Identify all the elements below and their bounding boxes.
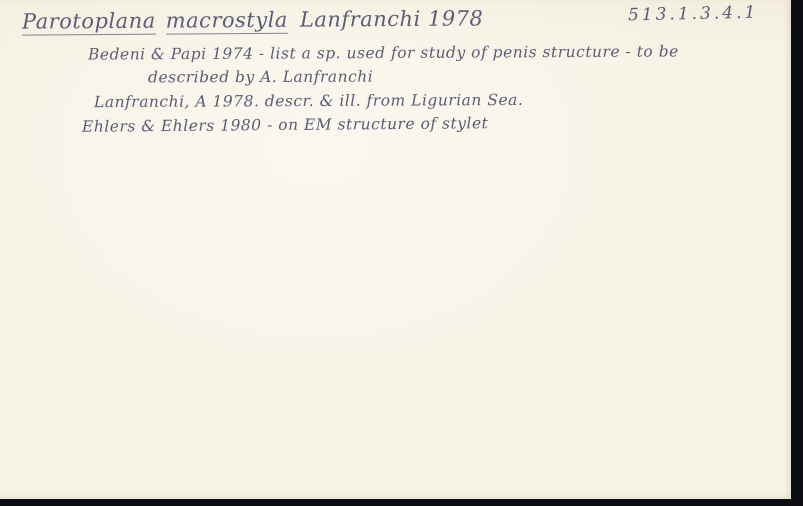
card-title: ParotoplanamacrostylaLanfranchi 1978 — [22, 6, 484, 35]
reference-entry-line: Bedeni & Papi 1974 - list a sp. used for… — [88, 42, 679, 63]
index-card: ParotoplanamacrostylaLanfranchi 1978 513… — [0, 0, 791, 499]
reference-entry-line: Lanfranchi, A 1978. descr. & ill. from L… — [94, 91, 523, 111]
author-citation: Lanfranchi 1978 — [300, 6, 484, 31]
reference-entry-line: Ehlers & Ehlers 1980 - on EM structure o… — [82, 114, 488, 136]
reference-entry-line: described by A. Lanfranchi — [148, 68, 373, 87]
species-name: macrostyla — [166, 8, 288, 35]
genus-name: Parotoplana — [22, 9, 156, 36]
catalog-number: 513.1.3.4.1 — [628, 3, 759, 26]
